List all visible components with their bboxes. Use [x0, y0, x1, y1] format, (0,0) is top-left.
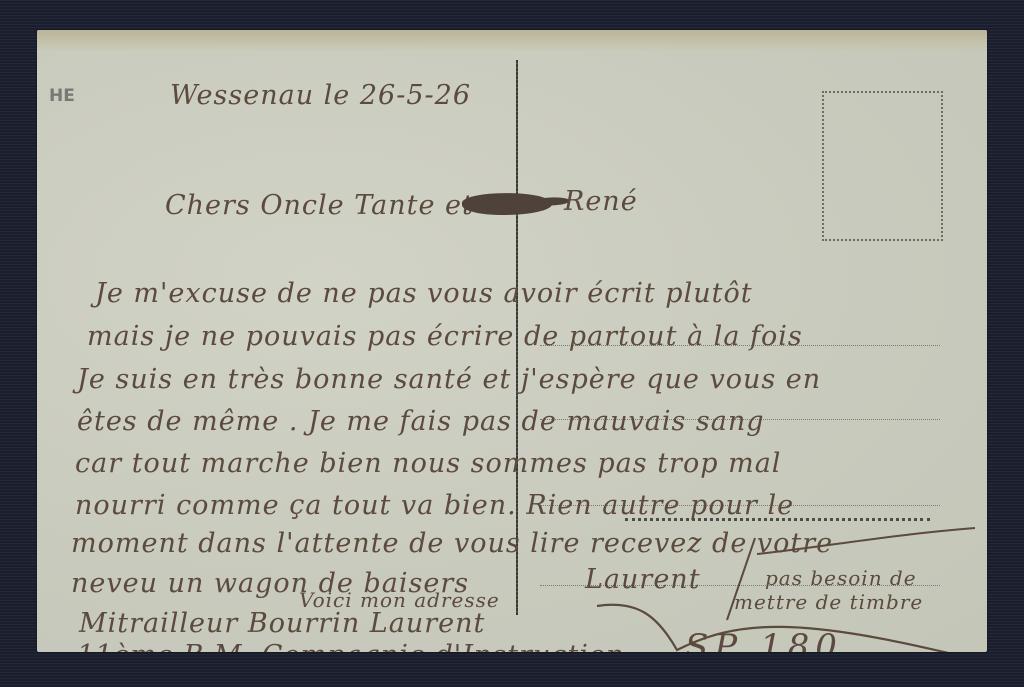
postcard-back: HE Wessenau le 26-5-26 Chers Oncle Tante…: [37, 30, 987, 652]
ink-strokes: [37, 30, 987, 652]
